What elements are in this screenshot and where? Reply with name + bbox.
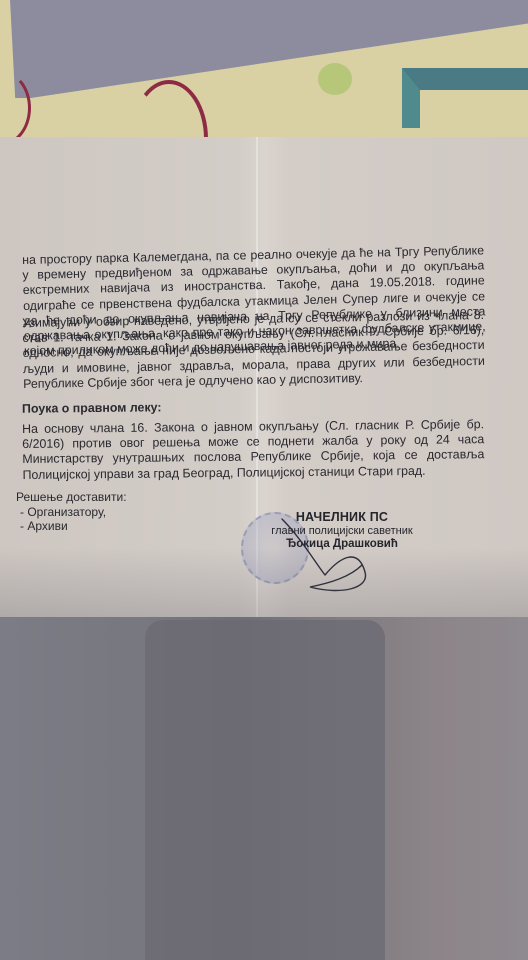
delivery-heading: Решење доставити: (16, 490, 127, 505)
fabric-green-dot (318, 63, 352, 95)
delivery-item: - Организатору, (16, 505, 127, 520)
paragraph-appeal: На основу члана 16. Закона о јавном окуп… (22, 417, 485, 483)
legal-remedy-heading: Поука о правном леку: (22, 400, 162, 415)
background-shadow (145, 620, 385, 960)
paragraph-conclusion: Узимајући у обзир наведено, утврђено је … (22, 308, 485, 392)
delivery-list: Решење доставити: - Организатору, - Архи… (16, 490, 127, 534)
signatory-rank: главни полицијски саветник (262, 525, 422, 537)
paper-shadow (0, 547, 528, 617)
document-page: на простору парка Калемегдана, па се реа… (0, 137, 528, 617)
signatory-title: НАЧЕЛНИК ПС (262, 510, 422, 524)
delivery-item: - Архиви (16, 519, 127, 534)
signature-block: НАЧЕЛНИК ПС главни полицијски саветник Ђ… (262, 510, 422, 550)
fabric-teal-pattern (402, 68, 528, 128)
